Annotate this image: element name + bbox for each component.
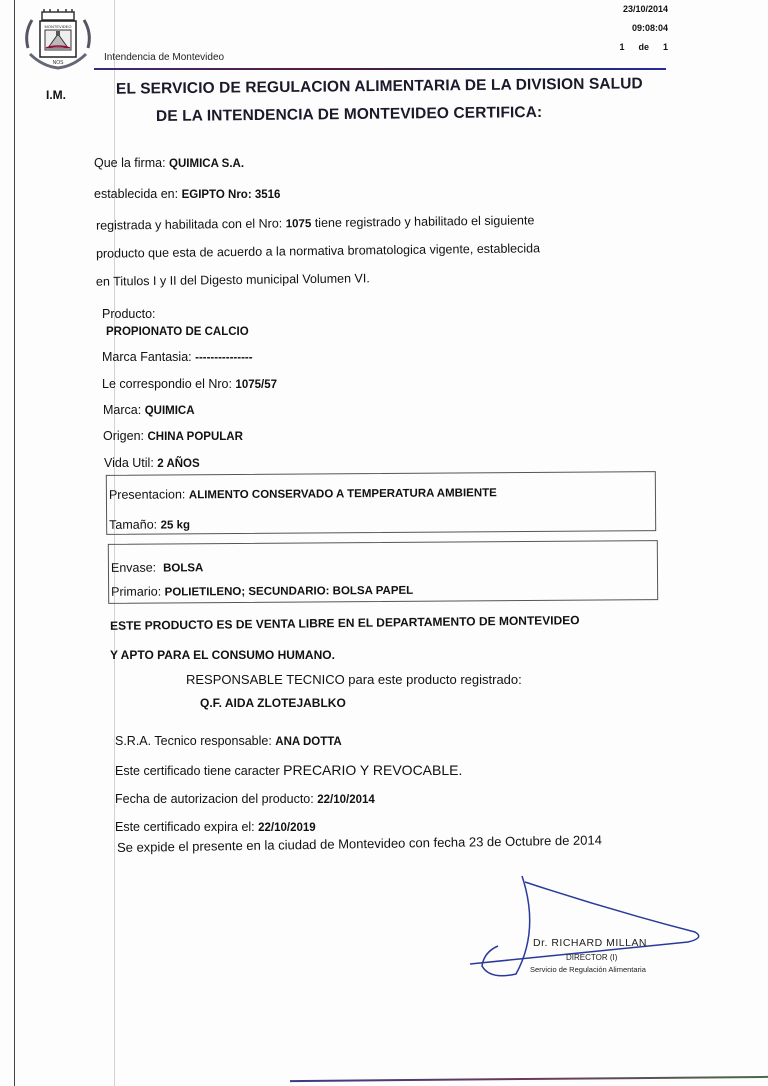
marca-fantasia-label: Marca Fantasia: <box>102 350 192 364</box>
primario-label: Primario: <box>111 585 161 599</box>
page-counter: 1 de 1 <box>619 38 668 57</box>
envase-value: BOLSA <box>163 562 203 574</box>
responsible-name: Q.F. AIDA ZLOTEJABLKO <box>200 696 346 710</box>
origen-value: CHINA POPULAR <box>147 431 242 443</box>
page-total: 1 <box>663 38 668 57</box>
primario-line: Primario: POLIETILENO; SECUNDARIO: BOLSA… <box>111 583 413 599</box>
page-current: 1 <box>619 38 624 57</box>
sra-line: S.R.A. Tecnico responsable: ANA DOTTA <box>115 734 342 748</box>
expira-line: Este certificado expira el: 22/10/2019 <box>115 820 316 834</box>
page-of: de <box>638 38 649 57</box>
statement-line-1: ESTE PRODUCTO ES DE VENTA LIBRE EN EL DE… <box>110 613 580 633</box>
print-date: 23/10/2014 <box>619 0 668 19</box>
title-line-1: EL SERVICIO DE REGULACION ALIMENTARIA DE… <box>116 75 643 99</box>
registrada-pre: registrada y habilitada con el Nro: <box>96 216 282 232</box>
tamano-label: Tamaño: <box>109 518 157 532</box>
signatory-name: Dr. RICHARD MILLAN <box>533 937 647 949</box>
expide-line: Se expide el presente en la ciudad de Mo… <box>117 832 602 855</box>
svg-text:MONTEVIDEO: MONTEVIDEO <box>45 24 72 29</box>
vida-util-label: Vida Util: <box>104 456 154 470</box>
marca-fantasia-value: --------------- <box>195 352 252 364</box>
caracter-line: Este certificado tiene caracter PRECARIO… <box>115 762 462 778</box>
registrada-nro: 1075 <box>286 218 312 230</box>
tamano-value: 25 kg <box>161 519 191 531</box>
print-time: 09:08:04 <box>619 19 668 38</box>
presentacion-label: Presentacion: <box>109 487 186 502</box>
producto-normativa-line: producto que esta de acuerdo a la normat… <box>96 241 540 260</box>
producto-label: Producto: <box>102 307 156 321</box>
establecida-line: establecida en: EGIPTO Nro: 3516 <box>94 187 280 201</box>
signatory-role: DIRECTOR (I) <box>566 953 617 962</box>
presentacion-value: ALIMENTO CONSERVADO A TEMPERATURA AMBIEN… <box>189 487 497 501</box>
autorizacion-label: Fecha de autorizacion del producto: <box>115 792 314 806</box>
sra-value: ANA DOTTA <box>275 736 341 748</box>
marca-fantasia-line: Marca Fantasia: --------------- <box>102 350 253 364</box>
titulos-line: en Titulos I y II del Digesto municipal … <box>96 271 370 288</box>
header-rule <box>94 68 666 70</box>
primario-value: POLIETILENO; SECUNDARIO: BOLSA PAPEL <box>165 585 414 599</box>
scan-edge-line <box>14 0 15 1086</box>
registrada-post: tiene registrado y habilitado el siguien… <box>315 213 535 230</box>
im-abbreviation: I.M. <box>46 88 66 102</box>
certificate-page: MONTEVIDEO NOS Intendencia de Montevideo… <box>0 0 768 1086</box>
autorizacion-value: 22/10/2014 <box>317 794 375 806</box>
statement-line-2: Y APTO PARA EL CONSUMO HUMANO. <box>110 648 335 662</box>
sra-label: S.R.A. Tecnico responsable: <box>115 734 272 748</box>
autorizacion-line: Fecha de autorizacion del producto: 22/1… <box>115 792 375 806</box>
caracter-label: Este certificado tiene caracter <box>115 764 280 778</box>
vida-util-value: 2 AÑOS <box>157 458 199 470</box>
registrada-line: registrada y habilitada con el Nro: 1075… <box>96 213 535 232</box>
nro-value: 1075/57 <box>235 379 277 391</box>
signatory-service: Servicio de Regulación Alimentaria <box>530 965 646 974</box>
organization-name: Intendencia de Montevideo <box>104 52 224 63</box>
responsible-label: RESPONSABLE TECNICO para este producto r… <box>186 672 522 687</box>
caracter-value: PRECARIO Y REVOCABLE. <box>283 762 462 778</box>
envase-label: Envase: <box>111 561 156 575</box>
envase-line: Envase: BOLSA <box>111 560 203 575</box>
producto-name: PROPIONATO DE CALCIO <box>106 326 249 338</box>
tamano-line: Tamaño: 25 kg <box>109 517 190 532</box>
nro-line: Le correspondio el Nro: 1075/57 <box>102 377 277 391</box>
vida-util-line: Vida Util: 2 AÑOS <box>104 456 200 470</box>
packaging-box: Envase: BOLSA Primario: POLIETILENO; SEC… <box>108 540 658 604</box>
marca-line: Marca: QUIMICA <box>103 403 195 417</box>
print-metadata: 23/10/2014 09:08:04 1 de 1 <box>619 0 668 57</box>
expira-label: Este certificado expira el: <box>115 820 255 834</box>
firma-label: Que la firma: <box>94 156 166 170</box>
establecida-value: EGIPTO Nro: 3516 <box>182 189 281 201</box>
origen-label: Origen: <box>103 429 144 443</box>
bottom-rule <box>290 1076 768 1082</box>
firma-line: Que la firma: QUIMICA S.A. <box>94 156 244 170</box>
origen-line: Origen: CHINA POPULAR <box>103 429 243 443</box>
expira-value: 22/10/2019 <box>258 822 316 834</box>
marca-value: QUIMICA <box>145 405 195 417</box>
coat-of-arms-icon: MONTEVIDEO NOS <box>22 8 94 72</box>
presentation-box: Presentacion: ALIMENTO CONSERVADO A TEMP… <box>106 471 656 535</box>
title-line-2: DE LA INTENDENCIA DE MONTEVIDEO CERTIFIC… <box>156 104 542 126</box>
firma-value: QUIMICA S.A. <box>169 158 244 170</box>
establecida-label: establecida en: <box>94 187 178 201</box>
svg-text:NOS: NOS <box>53 60 65 66</box>
nro-label: Le correspondio el Nro: <box>102 377 232 391</box>
presentacion-line: Presentacion: ALIMENTO CONSERVADO A TEMP… <box>109 485 497 502</box>
producto-value: PROPIONATO DE CALCIO <box>106 324 249 338</box>
marca-label: Marca: <box>103 403 141 417</box>
